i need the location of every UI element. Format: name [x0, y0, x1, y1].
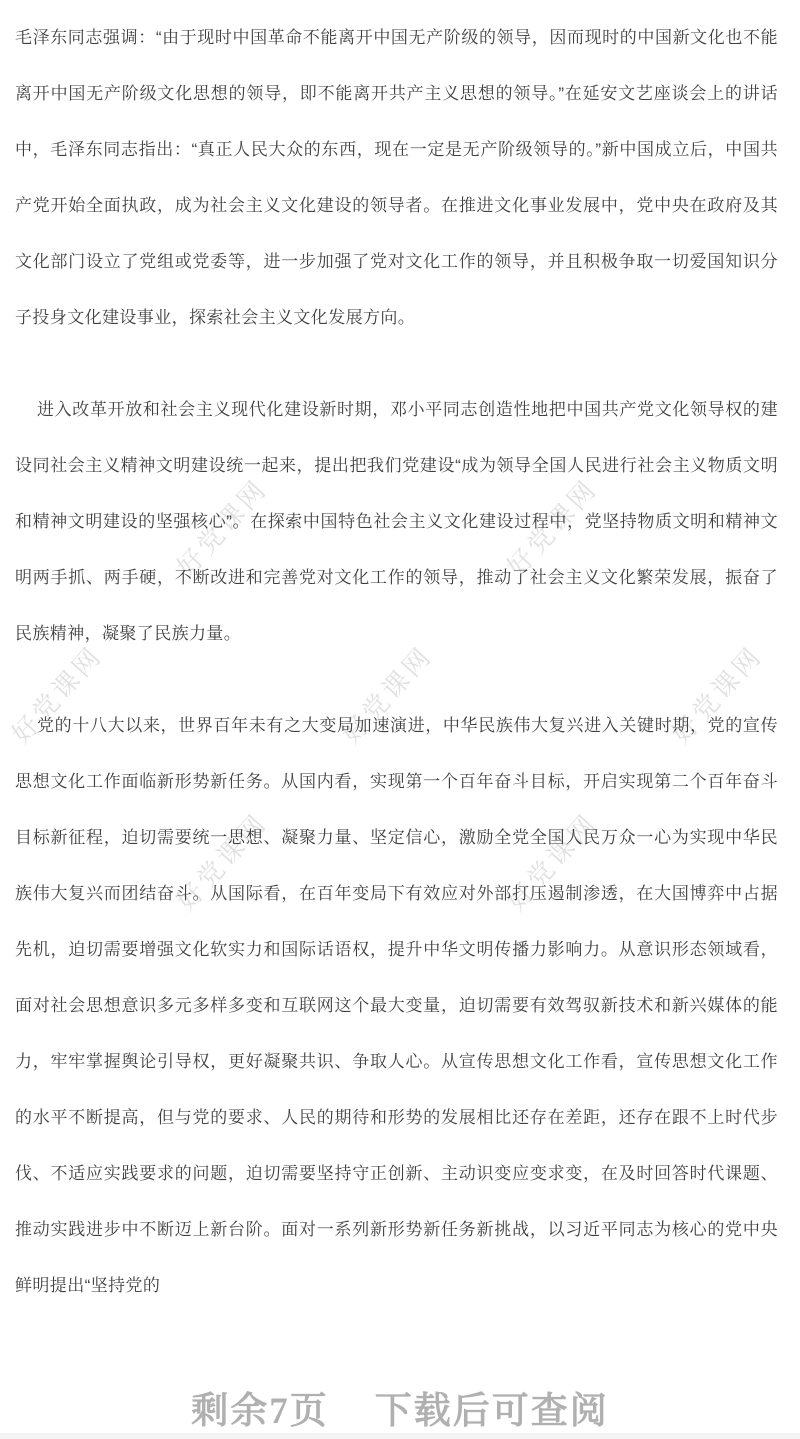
document-body: 毛泽东同志强调：“由于现时中国革命不能离开中国无产阶级的领导，因而现时的中国新文… [0, 0, 800, 1314]
document-page: 好党课网好党课网好党课网好党课网好党课网好党课网好党课网 毛泽东同志强调：“由于… [0, 0, 800, 1439]
pages-remaining-label: 剩余7页 [191, 1391, 329, 1432]
paragraph: 进入改革开放和社会主义现代化建设新时期，邓小平同志创造性地把中国共产党文化领导权… [15, 382, 778, 662]
paragraph: 毛泽东同志强调：“由于现时中国革命不能离开中国无产阶级的领导，因而现时的中国新文… [15, 10, 778, 346]
page-bottom-edge [0, 1433, 800, 1439]
pages-remaining-banner: 剩余7页下载后可查阅 [0, 1382, 800, 1439]
download-hint-label: 下载后可查阅 [375, 1391, 609, 1432]
paragraph: 党的十八大以来，世界百年未有之大变局加速演进，中华民族伟大复兴进入关键时期，党的… [15, 698, 778, 1314]
